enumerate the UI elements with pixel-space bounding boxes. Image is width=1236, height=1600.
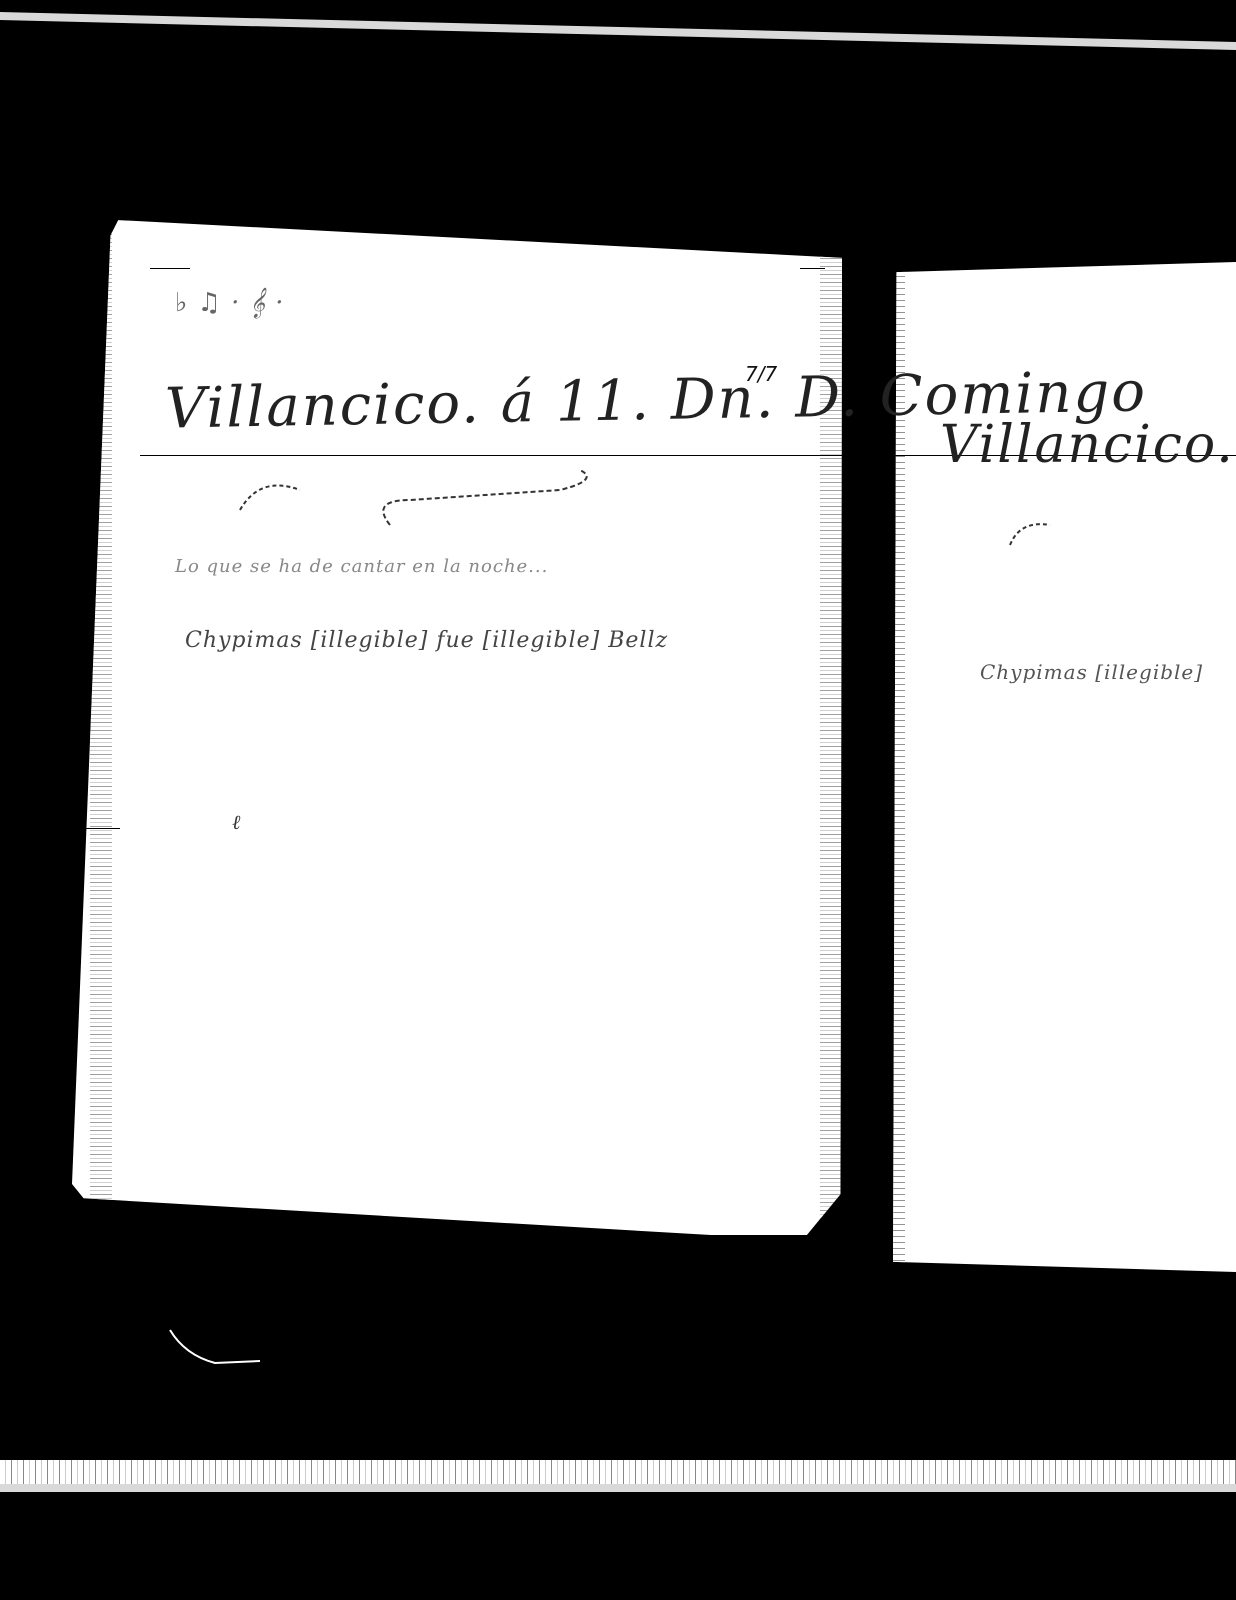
- left-page-line-2: Chypimas [illegible] fue [illegible] Bel…: [185, 628, 668, 653]
- scan-bottom-paper: [0, 1484, 1236, 1492]
- left-margin-tick: [80, 828, 120, 829]
- right-page-flourish: [1000, 515, 1080, 555]
- left-page-worn-edge: [90, 215, 112, 1235]
- left-page-top-scribble: ♭ ♫ · 𝄞 ·: [175, 288, 285, 319]
- flourish-scribble: [220, 470, 620, 540]
- left-page-line-1: Lo que se ha de cantar en la noche...: [175, 556, 548, 577]
- scan-bottom-edge: [0, 1460, 1236, 1484]
- right-page-line-1: Chypimas [illegible]: [980, 660, 1203, 684]
- folio-number: 7/7: [745, 362, 777, 386]
- scan-top-edge: [0, 0, 1236, 60]
- left-page-top-rule-right: [800, 268, 825, 269]
- paper-edge-strip: [0, 0, 1236, 60]
- left-page-marginal-mark: ℓ: [232, 810, 241, 835]
- right-page-title: Villancico. á: [940, 415, 1236, 475]
- left-page-top-rule-left: [150, 268, 190, 269]
- stray-fiber-mark: [165, 1325, 275, 1375]
